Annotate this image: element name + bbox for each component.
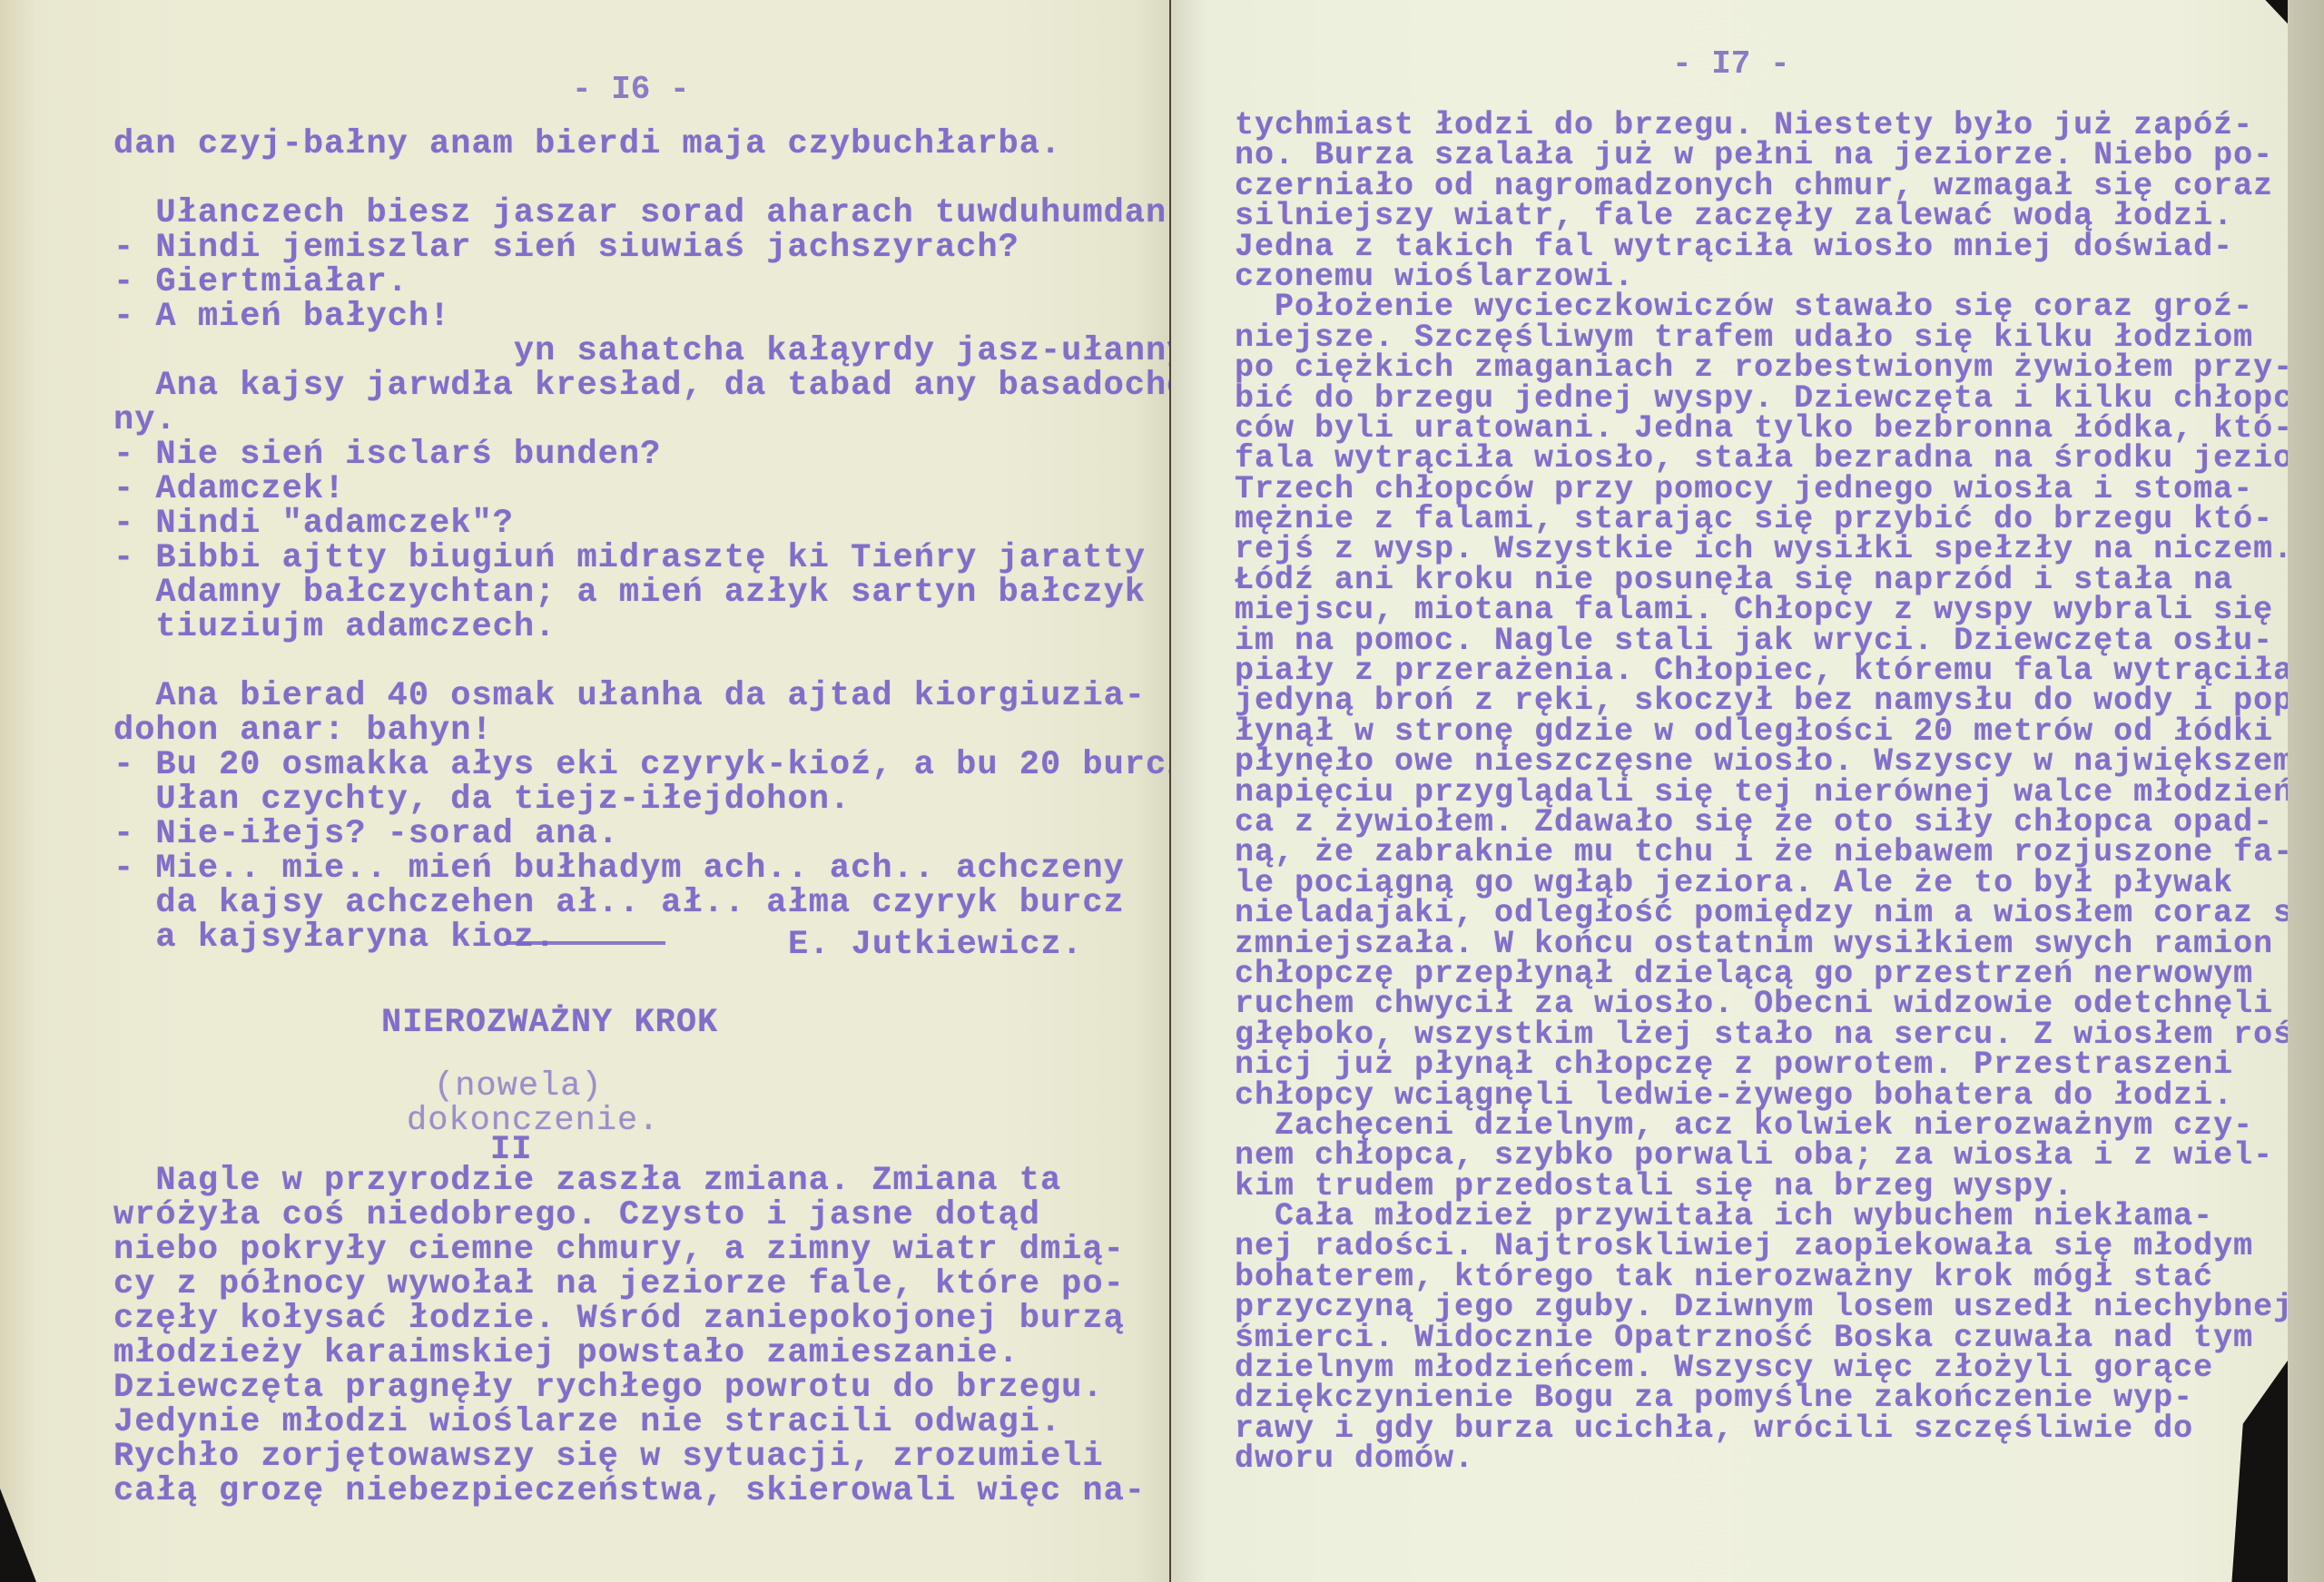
text-line: Położenie wycieczkowiczów stawało się co… bbox=[1235, 292, 2324, 322]
text-line: nicj już płynął chłopczę z powrotem. Prz… bbox=[1235, 1050, 2324, 1080]
text-line: Rychło zorjętowawszy się w sytuacji, zro… bbox=[113, 1440, 1146, 1474]
text-line: czerniało od nagromadzonych chmur, wzmag… bbox=[1235, 172, 2324, 201]
text-line: zmniejszała. W końcu ostatnim wysiłkiem … bbox=[1235, 929, 2324, 959]
text-line: jedyną broń z ręki, skoczył bez namysłu … bbox=[1235, 686, 2324, 716]
story-status: dokonczenie. bbox=[407, 1104, 659, 1138]
text-line: mężnie z falami, starając się przybić do… bbox=[1235, 505, 2324, 535]
text-line: bić do brzegu jednej wyspy. Dziewczęta i… bbox=[1235, 384, 2324, 414]
text-line: przyczyną jego zguby. Dziwnym losem usze… bbox=[1235, 1292, 2324, 1322]
text-line: fala wytrąciła wiosło, stała bezradna na… bbox=[1235, 444, 2324, 474]
left-page: - I6 - dan czyj-bałny anam bierdi maja c… bbox=[0, 0, 1171, 1582]
text-line: im na pomoc. Nagle stali jak wryci. Dzie… bbox=[1235, 626, 2324, 656]
text-line: piały z przerażenia. Chłopiec, któremu f… bbox=[1235, 656, 2324, 686]
text-line: Jedna z takich fal wytrąciła wiosło mnie… bbox=[1235, 232, 2324, 262]
text-line: le pociągną go wgłąb jeziora. Ale że to … bbox=[1235, 869, 2324, 899]
text-line: kim trudem przedostali się na brzeg wysp… bbox=[1235, 1172, 2324, 1202]
text-line: cy z północy wywołał na jeziorze fale, k… bbox=[113, 1267, 1146, 1302]
text-line: ruchem chwycił za wiosło. Obecni widzowi… bbox=[1235, 989, 2324, 1019]
text-line: no. Burza szalała już w pełni na jeziorz… bbox=[1235, 141, 2324, 171]
text-line: Dziewczęta pragnęły rychłego powrotu do … bbox=[113, 1371, 1146, 1405]
page-number: - I6 - bbox=[572, 71, 690, 108]
text-line: nej radości. Najtroskliwiej zaopiekowała… bbox=[1235, 1232, 2324, 1262]
text-line: tychmiast łodzi do brzegu. Niestety było… bbox=[1235, 111, 2324, 141]
text-line: chłopczę przepłynął dzielącą go przestrz… bbox=[1235, 959, 2324, 989]
text-line: wróżyła coś niedobrego. Czysto i jasne d… bbox=[113, 1198, 1146, 1233]
text-line: głęboko, wszystkim lżej stało na sercu. … bbox=[1235, 1020, 2324, 1050]
text-line: młodzieży karaimskiej powstało zamieszan… bbox=[113, 1336, 1146, 1371]
text-line: płynęło owe nieszczęsne wiosło. Wszyscy … bbox=[1235, 747, 2324, 777]
text-line: niejsze. Szczęśliwym trafem udało się ki… bbox=[1235, 323, 2324, 353]
text-line: nem chłopca, szybko porwali oba; za wios… bbox=[1235, 1141, 2324, 1171]
text-line: dzielnym młodzieńcem. Wszyscy więc złoży… bbox=[1235, 1353, 2324, 1383]
right-page: - I7 - tychmiast łodzi do brzegu. Nieste… bbox=[1169, 0, 2288, 1582]
book-spread: - I6 - dan czyj-bałny anam bierdi maja c… bbox=[0, 0, 2324, 1582]
text-line: śmierci. Widocznie Opatrzność Boska czuw… bbox=[1235, 1323, 2324, 1353]
text-line: całą grozę niebezpieczeństwa, skierowali… bbox=[113, 1474, 1146, 1508]
text-line: Cała młodzież przywitała ich wybuchem ni… bbox=[1235, 1202, 2324, 1232]
text-line: częły kołysać łodzie. Wśród zaniepokojon… bbox=[113, 1302, 1146, 1336]
text-line: Jedynie młodzi wioślarze nie stracili od… bbox=[113, 1405, 1146, 1440]
text-line: po ciężkich zmaganiach z rozbestwionym ż… bbox=[1235, 353, 2324, 383]
text-line: rejś z wysp. Wszystkie ich wysiłki spełz… bbox=[1235, 535, 2324, 565]
text-line: napięciu przyglądali się tej nierównej w… bbox=[1235, 778, 2324, 808]
text-line: miejscu, miotana falami. Chłopcy z wyspy… bbox=[1235, 595, 2324, 625]
text-line: nieladajaki, odległość pomiędzy nim a wi… bbox=[1235, 899, 2324, 929]
book-edge bbox=[2288, 0, 2324, 1582]
text-line: łynął w stronę gdzie w odległości 20 met… bbox=[1235, 717, 2324, 747]
text-line: silniejszy wiatr, fale zaczęły zalewać w… bbox=[1235, 201, 2324, 231]
text-line: rawy i gdy burza ucichła, wrócili szczęś… bbox=[1235, 1414, 2324, 1444]
text-line: ną, że zabraknie mu tchu i że niebawem r… bbox=[1235, 838, 2324, 868]
text-line: Łódź ani kroku nie posunęła się naprzód … bbox=[1235, 565, 2324, 595]
text-line: dworu domów. bbox=[1235, 1444, 2324, 1474]
right-page-story: tychmiast łodzi do brzegu. Niestety było… bbox=[1235, 111, 2324, 1475]
text-line: Nagle w przyrodzie zaszła zmiana. Zmiana… bbox=[113, 1164, 1146, 1198]
story-title: NIEROZWAŻNY KROK bbox=[381, 1006, 718, 1040]
text-line: Zachęceni dzielnym, acz kolwiek nierozwa… bbox=[1235, 1111, 2324, 1141]
text-line: chłopcy wciągnęli ledwie-żywego bohatera… bbox=[1235, 1081, 2324, 1111]
text-line: bohaterem, którego tak nierozważny krok … bbox=[1235, 1263, 2324, 1292]
text-line: ców byli uratowani. Jedna tylko bezbronn… bbox=[1235, 414, 2324, 444]
left-page-story: Nagle w przyrodzie zaszła zmiana. Zmiana… bbox=[113, 1164, 1146, 1508]
text-line: czonemu wioślarzowi. bbox=[1235, 262, 2324, 292]
text-line: dziękczynienie Bogu za pomyślne zakończe… bbox=[1235, 1383, 2324, 1413]
story-subtitle: (nowela) bbox=[434, 1069, 603, 1104]
divider-rule bbox=[504, 941, 665, 945]
signature: E. Jutkiewicz. bbox=[788, 928, 1083, 962]
text-line: Trzech chłopców przy pomocy jednego wios… bbox=[1235, 475, 2324, 505]
text-line: ca z żywiołem. Zdawało się że oto siły c… bbox=[1235, 808, 2324, 838]
page-number: - I7 - bbox=[1672, 45, 1790, 83]
text-line: niebo pokryły ciemne chmury, a zimny wia… bbox=[113, 1233, 1146, 1267]
